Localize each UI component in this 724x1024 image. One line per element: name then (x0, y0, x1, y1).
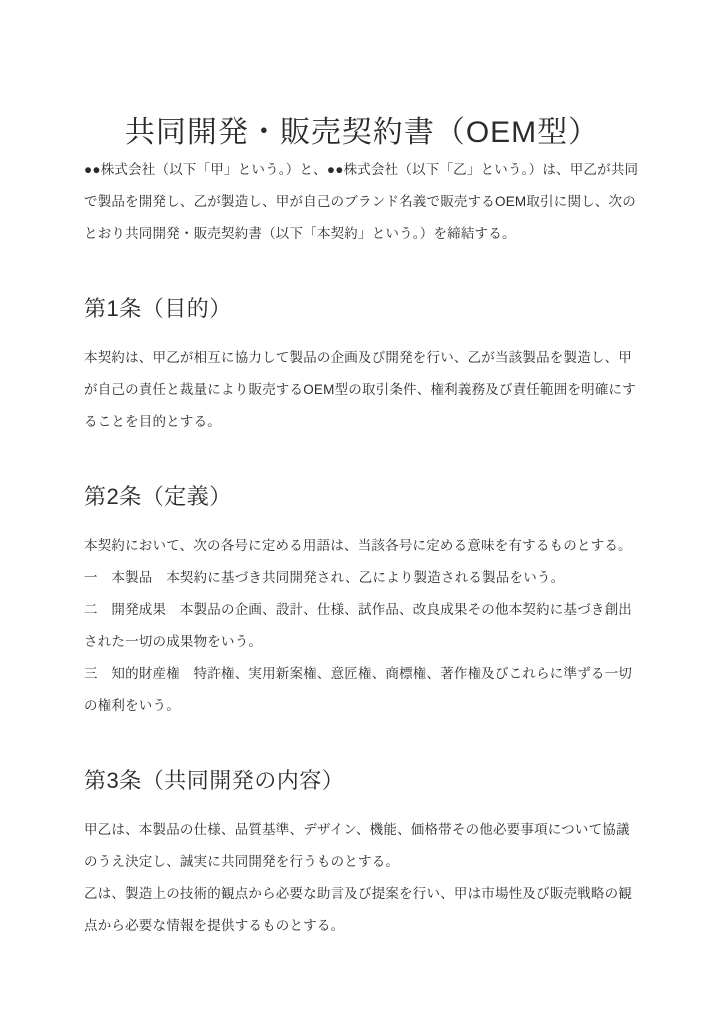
article-2-definitions: 第2条（定義） 本契約において、次の各号に定める用語は、当該各号に定める意味を有… (84, 480, 640, 722)
article-1-heading: 第1条（目的） (84, 292, 640, 326)
article-1-purpose: 第1条（目的） 本契約は、甲乙が相互に協力して製品の企画及び開発を行い、乙が当該… (84, 292, 640, 438)
article-2-heading: 第2条（定義） (84, 480, 640, 514)
article-3-joint-development: 第3条（共同開発の内容） 甲乙は、本製品の仕様、品質基準、デザイン、機能、価格帯… (84, 764, 640, 942)
document-title: 共同開発・販売契約書（OEM型） (84, 112, 640, 154)
definition-item-1-product: 一 本製品 本契約に基づき共同開発され、乙により製造される製品をいう。 (84, 562, 640, 594)
definition-item-2-development-results: 二 開発成果 本製品の企画、設計、仕様、試作品、改良成果その他本契約に基づき創出… (84, 594, 640, 658)
article-2-intro: 本契約において、次の各号に定める用語は、当該各号に定める意味を有するものとする。 (84, 530, 640, 562)
preamble-paragraph: ●●株式会社（以下「甲」という。）と、●●株式会社（以下「乙」という。）は、甲乙… (84, 154, 640, 250)
article-3-paragraph-1: 甲乙は、本製品の仕様、品質基準、デザイン、機能、価格帯その他必要事項について協議… (84, 814, 640, 878)
definition-item-3-intellectual-property: 三 知的財産権 特許権、実用新案権、意匠権、商標権、著作権及びこれらに準ずる一切… (84, 658, 640, 722)
article-3-heading: 第3条（共同開発の内容） (84, 764, 640, 798)
contract-document-page: 共同開発・販売契約書（OEM型） ●●株式会社（以下「甲」という。）と、●●株式… (0, 0, 724, 1024)
article-1-paragraph: 本契約は、甲乙が相互に協力して製品の企画及び開発を行い、乙が当該製品を製造し、甲… (84, 342, 640, 438)
article-3-paragraph-2: 乙は、製造上の技術的観点から必要な助言及び提案を行い、甲は市場性及び販売戦略の観… (84, 878, 640, 942)
